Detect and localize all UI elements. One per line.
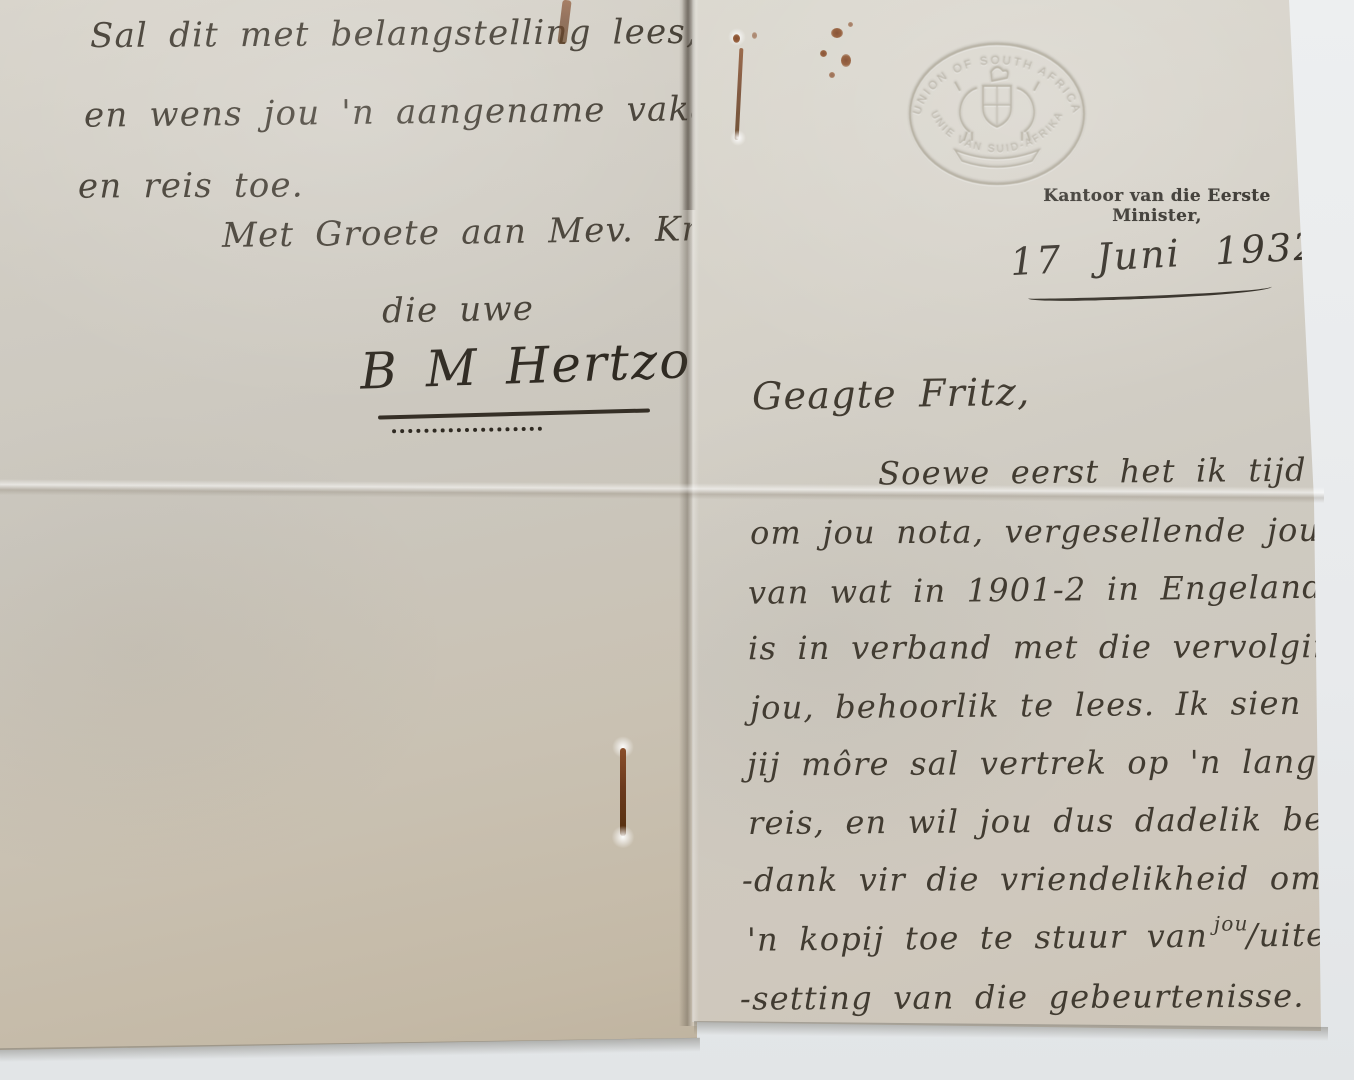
body-line-text: 'n kopij toe te stuur van [747,917,1208,959]
pin-hole [752,32,757,39]
left-page: Sal dit met belangstelling lees, en wens… [0,0,697,1080]
body-line: is in verband met die vervolging teen [748,627,1354,667]
rust-stain [848,22,853,27]
left-line: Sal dit met belangstelling lees, [90,12,698,56]
pin-hole [733,34,740,43]
body-line: jou, behoorlik te lees. Ik sien dat [750,683,1354,726]
photo-of-letter: Sal dit met belangstelling lees, en wens… [0,0,1354,1080]
body-line: jij môre sal vertrek op 'n lange [747,742,1338,783]
insertion-suffix: /uiteen- [1247,915,1354,954]
seal-crest-lion [991,67,1008,81]
signature-underline [378,408,650,419]
pin-rust-mark [620,748,626,836]
pin-rust-streak [735,48,744,140]
date-underline [1028,283,1272,303]
body-line: om jou nota, vergesellende jou verhaal [750,510,1354,552]
body-line: -setting van die gebeurtenisse. Ik [740,976,1354,1017]
body-line: van wat in 1901-2 in Engeland gebeur [748,566,1354,612]
right-page: UNION OF SOUTH AFRICA UNIE VAN SUID-AFRI… [692,0,1354,1080]
left-line: en wens jou 'n aangename vakansie [84,88,787,135]
signature-dotted-underline [392,419,542,434]
body-line: 'n kopij toe te stuur vanjou/uiteen- [747,915,1354,959]
valediction: die uwe [382,289,535,332]
signature: B M Hertzog. [359,329,744,400]
rust-stain [829,72,835,78]
left-line: en reis toe. [78,165,304,206]
letterhead-text: Kantoor van die Eerste Minister, [1022,186,1292,226]
date-handwritten: 17 Juni 1932 [1009,224,1320,284]
inserted-word: jou [1214,911,1249,935]
pin-hole-dimple [730,130,746,146]
embossed-seal: UNION OF SOUTH AFRICA UNIE VAN SUID-AFRI… [897,28,1097,200]
body-line: Soewe eerst het ik tijd gekry- [878,450,1354,493]
rust-stain [820,50,827,57]
body-line: reis, en wil jou dus dadelik be- [748,800,1337,842]
salutation: Geagte Fritz, [752,370,1031,419]
rust-stain [831,28,843,38]
rust-stain [841,54,851,67]
pin-dimple-bottom [611,826,635,848]
body-line: -dank vir die vriendelikheid om my [742,859,1354,899]
